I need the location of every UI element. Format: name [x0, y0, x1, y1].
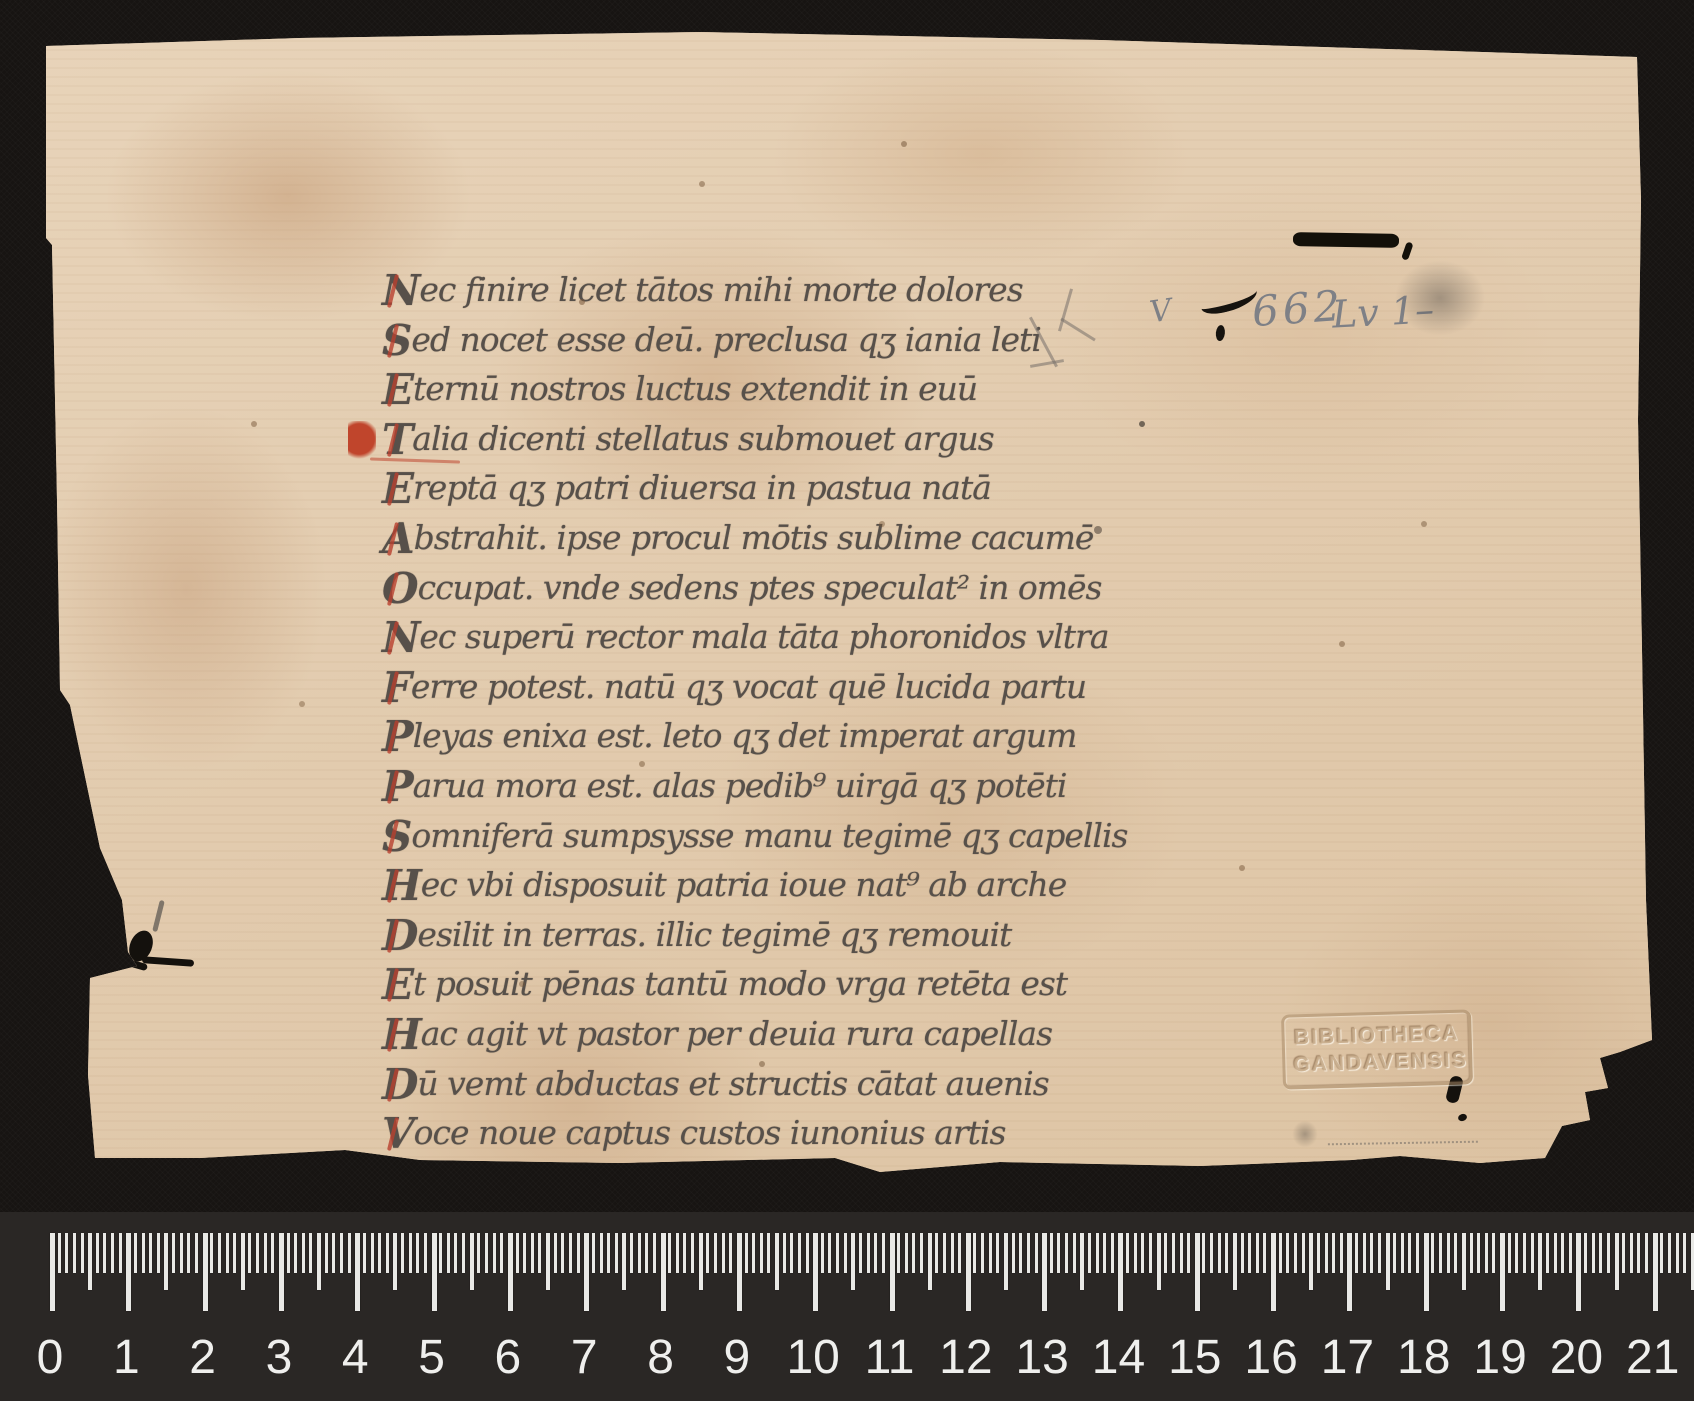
- ruler-tick: [668, 1233, 671, 1273]
- line-initial: D: [382, 1065, 417, 1105]
- ruler-tick: [1531, 1233, 1534, 1273]
- ruler-tick: [1225, 1233, 1228, 1273]
- manuscript-line: Dū vemt abductas et structis cātat aueni…: [382, 1064, 1127, 1114]
- ruler-tick: [1622, 1233, 1625, 1273]
- ruler-tick: [1050, 1233, 1053, 1273]
- ruler-tick: [1660, 1233, 1663, 1273]
- ruler-number: 20: [1536, 1330, 1616, 1385]
- ruler-tick: [1370, 1233, 1373, 1273]
- ruler-tick: [96, 1233, 99, 1273]
- line-initial: D: [382, 916, 417, 956]
- ruler-tick: [1683, 1233, 1686, 1273]
- ruler-tick: [439, 1233, 442, 1273]
- ruler-tick: [363, 1233, 366, 1273]
- ruler-tick: [905, 1233, 908, 1273]
- ruler-tick: [1141, 1233, 1144, 1273]
- manuscript-line: Sed nocet esse deū. preclusa qʒ iania le…: [382, 320, 1127, 370]
- manuscript-line: Et posuit pēnas tantū modo vrga retēta e…: [382, 964, 1127, 1014]
- manuscript-text-block: Nec finire licet tātos mihi morte dolore…: [382, 270, 1127, 1163]
- ruler-number: 0: [10, 1330, 90, 1385]
- line-text: alia dicenti stellatus submouet argus: [412, 419, 993, 458]
- ruler-tick: [1241, 1233, 1244, 1273]
- ruler-tick: [401, 1233, 404, 1273]
- ruler-tick: [1279, 1233, 1282, 1273]
- ruler-tick: [134, 1233, 137, 1273]
- library-stamp: BIBLIOTHECA GANDAVENSIS: [1281, 1009, 1473, 1089]
- ruler-tick: [1500, 1233, 1505, 1311]
- ruler-tick: [332, 1233, 335, 1273]
- line-initial: F: [382, 668, 411, 708]
- ruler-tick: [1187, 1233, 1190, 1273]
- ruler-tick: [1180, 1233, 1183, 1273]
- ruler-tick: [1462, 1233, 1466, 1290]
- ruler-tick: [271, 1233, 274, 1273]
- ruler-tick: [1210, 1233, 1213, 1273]
- ruler-tick: [1470, 1233, 1473, 1273]
- ruler-tick: [554, 1233, 557, 1273]
- ruler-tick: [661, 1233, 666, 1311]
- manuscript-line: Hac agit vt pastor per deuia rura capell…: [382, 1014, 1127, 1064]
- ruler-tick: [294, 1233, 297, 1273]
- ruler-tick: [477, 1233, 480, 1273]
- ruler-tick: [935, 1233, 938, 1273]
- ruler-tick: [806, 1233, 809, 1273]
- ruler-tick: [714, 1233, 717, 1273]
- manuscript-line: Eternū nostros luctus extendit in euū: [382, 369, 1127, 419]
- ruler-tick: [745, 1233, 748, 1273]
- ruler-tick: [355, 1233, 360, 1311]
- ruler-tick: [1294, 1233, 1297, 1273]
- ruler-tick: [1332, 1233, 1335, 1273]
- ruler-tick: [1004, 1233, 1008, 1290]
- ruler-tick: [164, 1233, 168, 1290]
- line-text: ec finire licet tātos mihi morte dolores: [419, 270, 1022, 309]
- manuscript-line: Talia dicenti stellatus submouet argus: [382, 419, 1127, 469]
- ink-dot-mark: [1457, 1113, 1468, 1123]
- ruler-number: 10: [773, 1330, 853, 1385]
- ruler-tick: [1248, 1233, 1251, 1273]
- ruler-number: 4: [315, 1330, 395, 1385]
- ruler-tick: [683, 1233, 686, 1273]
- line-text: bstrahit. ipse procul mōtis sublime cacu…: [414, 518, 1094, 557]
- ruler-tick: [386, 1233, 389, 1273]
- ruler-number: 15: [1155, 1330, 1235, 1385]
- line-initial: O: [382, 569, 418, 609]
- ruler-tick: [1668, 1233, 1671, 1273]
- line-text: arua mora est. alas pedib⁹ uirgā qʒ potē…: [413, 766, 1067, 805]
- line-text: ccupat. vnde sedens ptes speculat² in om…: [418, 568, 1102, 607]
- ruler-tick: [1615, 1233, 1619, 1290]
- gray-smudge: [1380, 248, 1500, 348]
- line-initial: H: [382, 866, 421, 906]
- manuscript-line: Hec vbi disposuit patria ioue nat⁹ ab ar…: [382, 865, 1127, 915]
- ruler-tick: [813, 1233, 818, 1311]
- ruler-tick: [897, 1233, 900, 1273]
- ruler-tick: [561, 1233, 564, 1273]
- line-initial: N: [382, 618, 419, 658]
- ink-blot: [104, 896, 204, 984]
- ruler-tick: [546, 1233, 550, 1290]
- ruler-tick: [279, 1233, 284, 1311]
- ruler-tick: [88, 1233, 92, 1290]
- line-text: erre potest. natū qʒ vocat quē lucida pa…: [411, 667, 1086, 706]
- faint-scribble: [1328, 1141, 1478, 1156]
- ruler-tick: [500, 1233, 503, 1273]
- inscription-letter: V: [1148, 293, 1174, 331]
- ruler-tick: [309, 1233, 312, 1273]
- ruler-tick: [409, 1233, 412, 1273]
- line-text: ec superū rector mala tāta phoronidos vl…: [419, 617, 1108, 656]
- ruler-tick: [50, 1233, 55, 1311]
- line-initial: S: [382, 321, 411, 361]
- ruler-number: 3: [239, 1330, 319, 1385]
- line-initial: E: [382, 965, 413, 1005]
- manuscript-line: Voce noue captus custos iunonius artis: [382, 1113, 1127, 1163]
- manuscript-line: Parua mora est. alas pedib⁹ uirgā qʒ pot…: [382, 766, 1127, 816]
- manuscript-line: Abstrahit. ipse procul mōtis sublime cac…: [382, 518, 1127, 568]
- parchment-specks: [0, 0, 4, 4]
- line-initial: P: [382, 767, 413, 807]
- ruler-tick: [645, 1233, 648, 1273]
- ruler-tick: [1012, 1233, 1015, 1273]
- ruler-tick: [1676, 1233, 1679, 1273]
- ruler-tick: [210, 1233, 213, 1273]
- ruler-tick: [172, 1233, 175, 1273]
- ruler-tick: [729, 1233, 732, 1273]
- ruler-tick: [981, 1233, 984, 1273]
- ruler-tick: [1103, 1233, 1106, 1273]
- ruler-tick: [81, 1233, 84, 1273]
- ruler-tick: [1149, 1233, 1152, 1273]
- line-initial: S: [382, 817, 411, 857]
- ruler-tick: [1271, 1233, 1276, 1311]
- line-initial: E: [382, 469, 413, 509]
- ruler-tick: [844, 1233, 847, 1273]
- ruler-number: 8: [621, 1330, 701, 1385]
- ruler-tick: [432, 1233, 437, 1311]
- ruler-number: 12: [926, 1330, 1006, 1385]
- pencil-doodle: [1024, 288, 1094, 372]
- ruler-tick: [1042, 1233, 1047, 1311]
- ruler-tick: [1561, 1233, 1564, 1273]
- ruler-tick: [1386, 1233, 1390, 1290]
- ruler-tick: [416, 1233, 419, 1273]
- ruler-tick: [836, 1233, 839, 1273]
- ruler-tick: [1164, 1233, 1167, 1273]
- ruler-tick: [1172, 1233, 1175, 1273]
- rubric-paragraph-mark: [348, 421, 376, 461]
- measuring-ruler: 0123456789101112131415161718192021: [0, 1212, 1694, 1401]
- ruler-tick: [187, 1233, 190, 1273]
- manuscript-line: Nec finire licet tātos mihi morte dolore…: [382, 270, 1127, 320]
- ruler-tick: [218, 1233, 221, 1273]
- ruler-tick: [1355, 1233, 1358, 1273]
- ruler-tick: [653, 1233, 656, 1273]
- ruler-tick: [851, 1233, 855, 1290]
- ruler-tick: [103, 1233, 106, 1273]
- ruler-tick: [859, 1233, 862, 1273]
- ruler-tick: [874, 1233, 877, 1273]
- manuscript-line: Somniferā sumpsysse manu tegimē qʒ capel…: [382, 816, 1127, 866]
- line-initial: N: [382, 271, 419, 311]
- ruler-tick: [149, 1233, 152, 1273]
- ruler-tick: [424, 1233, 427, 1273]
- ruler-tick: [195, 1233, 198, 1273]
- ruler-tick: [1118, 1233, 1123, 1311]
- ruler-tick: [302, 1233, 305, 1273]
- ruler-tick: [1126, 1233, 1129, 1273]
- line-text: ec vbi disposuit patria ioue nat⁹ ab arc…: [421, 865, 1067, 904]
- ruler-tick: [1401, 1233, 1404, 1273]
- ruler-tick: [531, 1233, 534, 1273]
- ruler-tick: [1599, 1233, 1602, 1273]
- ruler-tick: [1111, 1233, 1114, 1273]
- manuscript-line: Ereptā qʒ patri diuersa in pastua natā: [382, 468, 1127, 518]
- ruler-tick: [1065, 1233, 1068, 1273]
- ruler-tick: [348, 1233, 351, 1273]
- ruler-tick: [943, 1233, 946, 1273]
- ruler-tick: [951, 1233, 954, 1273]
- ruler-tick: [1363, 1233, 1366, 1273]
- line-initial: H: [382, 1015, 421, 1055]
- ruler-tick: [622, 1233, 626, 1290]
- ruler-number: 2: [163, 1330, 243, 1385]
- manuscript-line: Occupat. vnde sedens ptes speculat² in o…: [382, 568, 1127, 618]
- ruler-tick: [737, 1233, 742, 1311]
- ruler-tick: [577, 1233, 580, 1273]
- ruler-tick: [241, 1233, 245, 1290]
- ruler-tick: [592, 1233, 595, 1273]
- ruler-tick: [1134, 1233, 1137, 1273]
- ruler-number: 16: [1231, 1330, 1311, 1385]
- ruler-tick: [584, 1233, 589, 1311]
- line-initial: T: [382, 420, 412, 460]
- ruler-tick: [798, 1233, 801, 1273]
- ruler-tick: [233, 1233, 236, 1273]
- ruler-tick: [1019, 1233, 1022, 1273]
- ruler-tick: [760, 1233, 763, 1273]
- ruler-tick: [462, 1233, 465, 1273]
- ruler-tick: [1027, 1233, 1030, 1273]
- line-text: reptā qʒ patri diuersa in pastua natā: [413, 468, 991, 507]
- ruler-number: 11: [850, 1330, 930, 1385]
- line-initial: A: [382, 519, 414, 559]
- ruler-tick: [676, 1233, 679, 1273]
- ruler-number: 18: [1384, 1330, 1464, 1385]
- ruler-number: 9: [697, 1330, 777, 1385]
- ruler-tick: [256, 1233, 259, 1273]
- ruler-tick: [203, 1233, 208, 1311]
- ruler-tick: [600, 1233, 603, 1273]
- ruler-tick: [1256, 1233, 1259, 1273]
- ruler-tick: [1538, 1233, 1542, 1290]
- line-text: ac agit vt pastor per deuia rura capella…: [421, 1014, 1052, 1053]
- line-text: ternū nostros luctus extendit in euū: [413, 369, 977, 408]
- ruler-tick: [1508, 1233, 1511, 1273]
- ruler-tick: [493, 1233, 496, 1273]
- ruler-tick: [699, 1233, 703, 1290]
- ruler-tick: [1416, 1233, 1419, 1273]
- ruler-tick: [1340, 1233, 1343, 1273]
- ruler-tick: [73, 1233, 76, 1273]
- line-text: ū vemt abductas et structis cātat auenis: [417, 1064, 1048, 1103]
- ruler-tick: [1523, 1233, 1526, 1273]
- ruler-tick: [958, 1233, 961, 1273]
- black-ink-stroke: [1293, 232, 1399, 248]
- ruler-tick: [1477, 1233, 1480, 1273]
- ruler-number: 7: [544, 1330, 624, 1385]
- ruler-tick: [142, 1233, 145, 1273]
- ruler-tick: [180, 1233, 183, 1273]
- small-smudge: [1288, 1116, 1322, 1152]
- ruler-tick: [1492, 1233, 1495, 1273]
- ruler-tick: [928, 1233, 932, 1290]
- ruler-tick: [1325, 1233, 1328, 1273]
- ruler-tick: [752, 1233, 755, 1273]
- line-text: esilit in terras. illic tegimē qʒ remoui…: [417, 915, 1011, 954]
- ruler-tick: [706, 1233, 709, 1273]
- ruler-tick: [157, 1233, 160, 1273]
- ruler-tick: [65, 1233, 68, 1273]
- parchment-fragment: Nec finire licet tātos mihi morte dolore…: [0, 0, 1694, 1401]
- line-initial: E: [382, 370, 413, 410]
- ruler-tick: [126, 1233, 131, 1311]
- ruler-tick: [1096, 1233, 1099, 1273]
- manuscript-line: Nec superū rector mala tāta phoronidos v…: [382, 617, 1127, 667]
- ruler-tick: [1317, 1233, 1320, 1273]
- ruler-tick: [287, 1233, 290, 1273]
- ruler-tick: [1088, 1233, 1091, 1273]
- ruler-tick: [1233, 1233, 1237, 1290]
- ruler-tick: [378, 1233, 381, 1273]
- ruler-tick: [920, 1233, 923, 1273]
- ruler-tick: [912, 1233, 915, 1273]
- ruler-tick: [1309, 1233, 1313, 1290]
- ruler-number: 14: [1078, 1330, 1158, 1385]
- ruler-tick: [340, 1233, 343, 1273]
- ruler-tick: [1554, 1233, 1557, 1273]
- ruler-tick: [1302, 1233, 1305, 1273]
- line-text: omniferā sumpsysse manu tegimē qʒ capell…: [411, 816, 1127, 855]
- ruler-tick: [1637, 1233, 1640, 1273]
- stamp-line-2: GANDAVENSIS: [1293, 1047, 1462, 1079]
- ruler-number: 5: [392, 1330, 472, 1385]
- line-initial: P: [382, 717, 413, 757]
- ruler-tick: [508, 1233, 513, 1311]
- ruler-tick: [1378, 1233, 1381, 1273]
- ruler-tick: [523, 1233, 526, 1273]
- ruler-tick: [1515, 1233, 1518, 1273]
- ruler-tick: [317, 1233, 321, 1290]
- ruler-tick: [1073, 1233, 1076, 1273]
- line-text: t posuit pēnas tantū modo vrga retēta es…: [413, 964, 1067, 1003]
- ruler-tick: [783, 1233, 786, 1273]
- ruler-tick: [1080, 1233, 1084, 1290]
- ruler-number: 17: [1307, 1330, 1387, 1385]
- ruler-tick: [538, 1233, 541, 1273]
- ruler-tick: [470, 1233, 474, 1290]
- ruler-tick: [1447, 1233, 1450, 1273]
- ruler-tick: [447, 1233, 450, 1273]
- ruler-tick: [1202, 1233, 1205, 1273]
- ruler-tick: [516, 1233, 519, 1273]
- ruler-tick: [790, 1233, 793, 1273]
- ruler-tick: [371, 1233, 374, 1273]
- ruler-tick: [607, 1233, 610, 1273]
- ruler-tick: [1195, 1233, 1200, 1311]
- photograph-stage: Nec finire licet tātos mihi morte dolore…: [0, 0, 1694, 1401]
- ruler-tick: [1592, 1233, 1595, 1273]
- ruler-tick: [248, 1233, 251, 1273]
- ruler-tick: [569, 1233, 572, 1273]
- manuscript-line: Desilit in terras. illic tegimē qʒ remou…: [382, 915, 1127, 965]
- ruler-tick: [966, 1233, 971, 1311]
- ruler-tick: [1576, 1233, 1581, 1311]
- ruler-tick: [775, 1233, 779, 1290]
- ruler-tick: [454, 1233, 457, 1273]
- ruler-tick: [882, 1233, 885, 1273]
- ruler-tick: [226, 1233, 229, 1273]
- ruler-tick: [1546, 1233, 1549, 1273]
- manuscript-line: Ferre potest. natū qʒ vocat quē lucida p…: [382, 667, 1127, 717]
- ruler-tick: [325, 1233, 328, 1273]
- ruler-tick: [691, 1233, 694, 1273]
- ruler-tick: [630, 1233, 633, 1273]
- ruler-tick: [1347, 1233, 1352, 1311]
- ruler-tick: [1431, 1233, 1434, 1273]
- ruler-tick: [264, 1233, 267, 1273]
- ruler-number: 21: [1613, 1330, 1693, 1385]
- ruler-tick: [1035, 1233, 1038, 1273]
- ruler-tick: [1057, 1233, 1060, 1273]
- ruler-tick: [1485, 1233, 1488, 1273]
- ruler-tick: [1569, 1233, 1572, 1273]
- ruler-tick: [828, 1233, 831, 1273]
- ruler-tick: [1218, 1233, 1221, 1273]
- ruler-tick: [767, 1233, 770, 1273]
- ruler-tick: [615, 1233, 618, 1273]
- ruler-tick: [1653, 1233, 1658, 1311]
- ruler-tick: [1408, 1233, 1411, 1273]
- manuscript-line: Pleyas enixa est. leto qʒ det imperat ar…: [382, 716, 1127, 766]
- ruler-tick: [1286, 1233, 1289, 1273]
- ruler-tick: [1454, 1233, 1457, 1273]
- ruler-tick: [722, 1233, 725, 1273]
- ruler-tick: [867, 1233, 870, 1273]
- ruler-number: 19: [1460, 1330, 1540, 1385]
- ruler-tick: [111, 1233, 114, 1273]
- ruler-tick: [485, 1233, 488, 1273]
- line-initial: V: [382, 1114, 414, 1154]
- ruler-tick: [890, 1233, 895, 1311]
- ruler-tick: [1157, 1233, 1161, 1290]
- ruler-tick: [1607, 1233, 1610, 1273]
- ruler-tick: [638, 1233, 641, 1273]
- ruler-number: 6: [468, 1330, 548, 1385]
- ruler-number: 1: [86, 1330, 166, 1385]
- ruler-tick: [989, 1233, 992, 1273]
- ruler-tick: [1439, 1233, 1442, 1273]
- ruler-tick: [1393, 1233, 1396, 1273]
- ruler-number: 13: [1002, 1330, 1082, 1385]
- ruler-tick: [1584, 1233, 1587, 1273]
- ruler-tick: [1263, 1233, 1266, 1273]
- ruler-tick: [393, 1233, 397, 1290]
- ruler-tick: [119, 1233, 122, 1273]
- line-text: leyas enixa est. leto qʒ det imperat arg…: [413, 716, 1077, 755]
- ruler-tick: [996, 1233, 999, 1273]
- ruler-tick: [1645, 1233, 1648, 1273]
